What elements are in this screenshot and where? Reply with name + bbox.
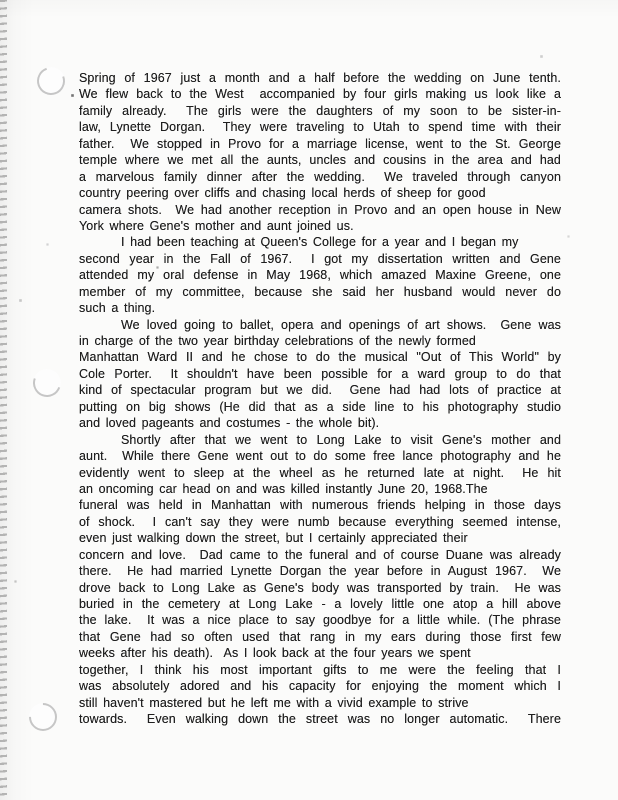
text-line: there. He had married Lynette Dorgan the… xyxy=(79,563,561,579)
text-line: evidently went to sleep at the wheel as … xyxy=(79,465,561,481)
text-line: even just walking down the street, but I… xyxy=(79,530,561,546)
text-line: putting on big shows (He did that as a s… xyxy=(79,399,561,415)
punch-hole-bottom xyxy=(23,697,63,737)
text-line: camera shots. We had another reception i… xyxy=(79,202,561,218)
text-line: in charge of the two year birthday celeb… xyxy=(79,333,561,349)
text-line: Spring of 1967 just a month and a half b… xyxy=(79,70,561,86)
text-line: aunt. While there Gene went out to do so… xyxy=(79,448,561,464)
text-line: York where Gene's mother and aunt joined… xyxy=(79,218,561,234)
text-line: the lake. It was a nice place to say goo… xyxy=(79,612,561,628)
text-line: towards. Even walking down the street wa… xyxy=(79,711,561,727)
text-line: and loved pageants and costumes - the wh… xyxy=(79,415,561,431)
text-line: a marvelous family dinner after the wedd… xyxy=(79,169,561,185)
text-line: Manhattan Ward II and he chose to do the… xyxy=(79,349,561,365)
text-line: father. We stopped in Provo for a marria… xyxy=(79,136,561,152)
text-line: attended my oral defense in May 1968, wh… xyxy=(79,267,561,283)
text-line: We loved going to ballet, opera and open… xyxy=(79,317,561,333)
text-line: of shock. I can't say they were numb bec… xyxy=(79,514,561,530)
punch-hole-top xyxy=(32,62,69,99)
scan-specks xyxy=(0,0,1,1)
text-line: still haven't mastered but he left me wi… xyxy=(79,695,561,711)
text-line: second year in the Fall of 1967. I got m… xyxy=(79,251,561,267)
text-line: temple where we met all the aunts, uncle… xyxy=(79,152,561,168)
typewritten-text: Spring of 1967 just a month and a half b… xyxy=(79,70,561,728)
text-line: Cole Porter. It shouldn't have been poss… xyxy=(79,366,561,382)
text-line: weeks after his death). As I look back a… xyxy=(79,645,561,661)
text-line: drove back to Long Lake as Gene's body w… xyxy=(79,580,561,596)
text-line: I had been teaching at Queen's College f… xyxy=(79,234,561,250)
text-line: We flew back to the West accompanied by … xyxy=(79,86,561,102)
text-line: member of my committee, because she said… xyxy=(79,284,561,300)
text-line: Shortly after that we went to Long Lake … xyxy=(79,432,561,448)
text-line: that Gene had so often used that rang in… xyxy=(79,629,561,645)
punch-hole-middle xyxy=(28,364,65,401)
text-line: together, I think his most important gif… xyxy=(79,662,561,678)
text-line: concern and love. Dad came to the funera… xyxy=(79,547,561,563)
text-line: funeral was held in Manhattan with numer… xyxy=(79,497,561,513)
text-line: an oncoming car head on and was killed i… xyxy=(79,481,561,497)
text-line: was absolutely adored and his capacity f… xyxy=(79,678,561,694)
scanned-page: Spring of 1967 just a month and a half b… xyxy=(0,0,618,800)
text-line: kind of spectacular program but we did. … xyxy=(79,382,561,398)
text-line: law, Lynette Dorgan. They were traveling… xyxy=(79,119,561,135)
text-line: buried in the cemetery at Long Lake - a … xyxy=(79,596,561,612)
text-line: country peering over cliffs and chasing … xyxy=(79,185,561,201)
text-line: family already. The girls were the daugh… xyxy=(79,103,561,119)
text-line: such a thing. xyxy=(79,300,561,316)
spiral-binding-edge xyxy=(0,0,7,800)
